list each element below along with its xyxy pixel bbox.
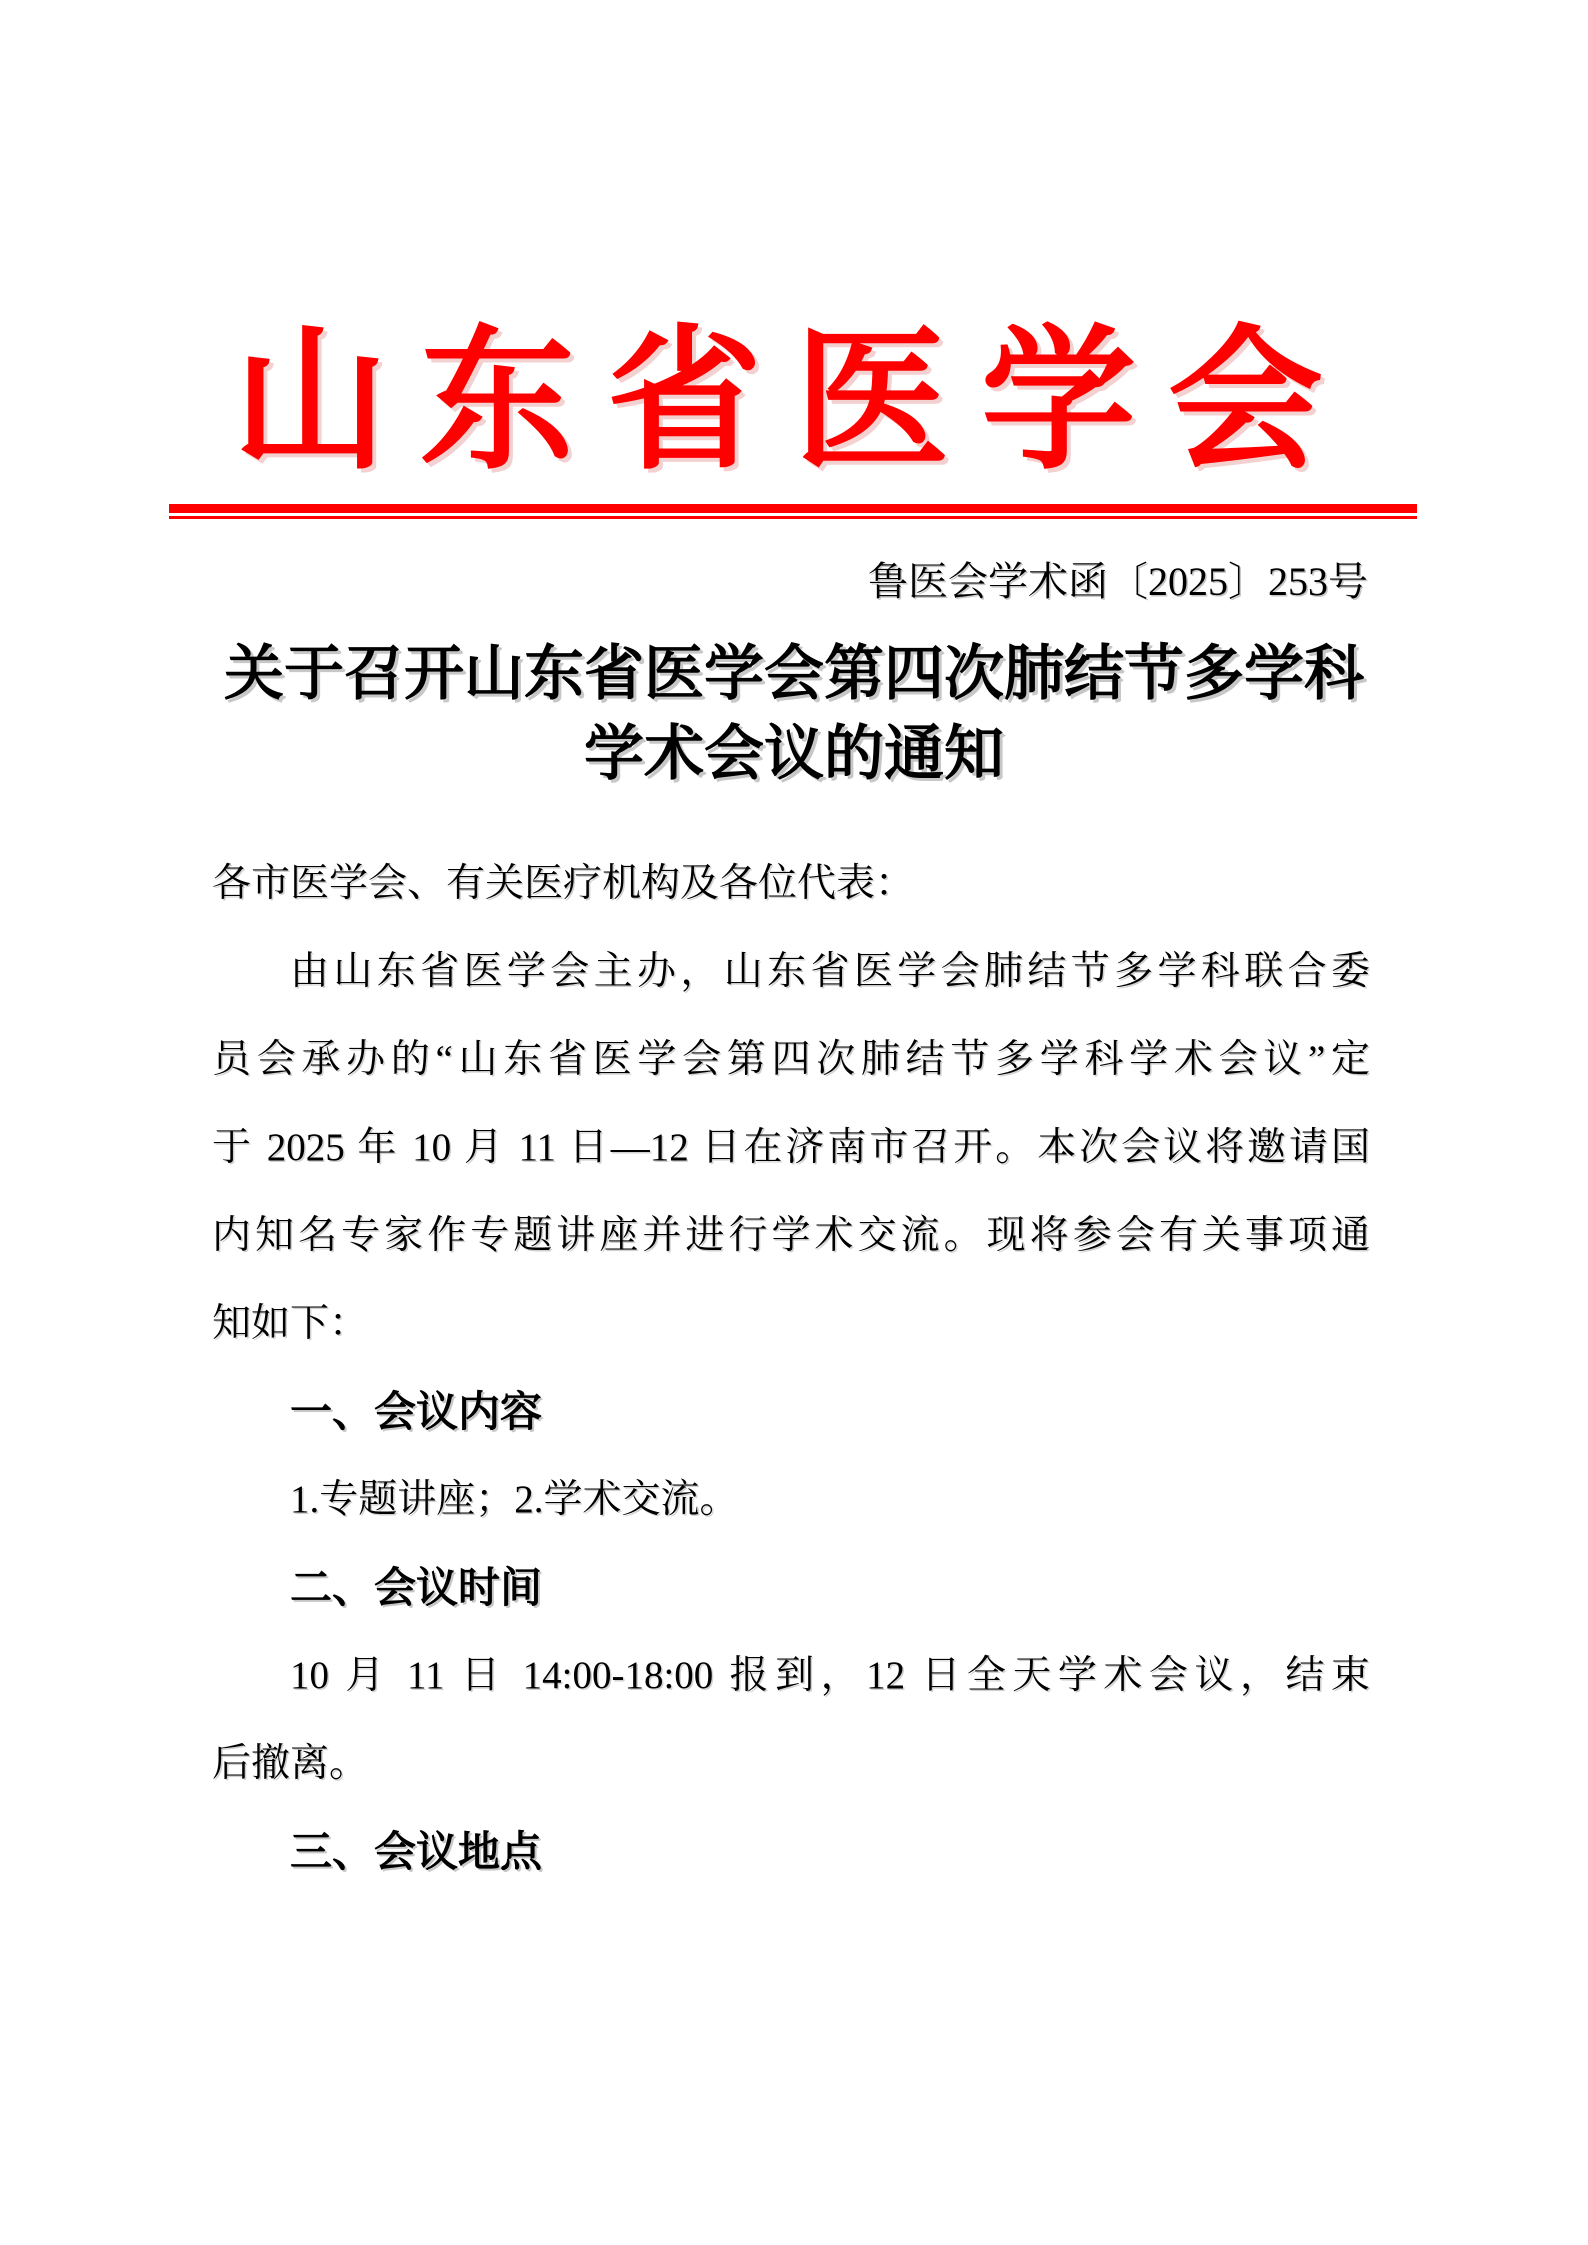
header-divider-thick-line (169, 504, 1417, 513)
notice-title-line1: 关于召开山东省医学会第四次肺结节多学科 (0, 634, 1588, 714)
org-masthead-title: 山东省医学会 (0, 325, 1588, 480)
body-text-line: 各市医学会、有关医疗机构及各位代表： (212, 840, 1370, 928)
body-text-line: 由山东省医学会主办，山东省医学会肺结节多学科联合委 (212, 928, 1370, 1016)
body-text-line: 后撤离。 (212, 1720, 1370, 1808)
body-text-line: 内知名专家作专题讲座并进行学术交流。现将参会有关事项通 (212, 1192, 1370, 1280)
notice-title-line2: 学术会议的通知 (0, 714, 1588, 794)
section-heading: 三、会议地点 (212, 1808, 1370, 1896)
document-page: 山东省医学会 鲁医会学术函〔2025〕253号 关于召开山东省医学会第四次肺结节… (0, 0, 1588, 2245)
body-text-line: 10 月 11 日 14:00-18:00 报到，12 日全天学术会议，结束 (212, 1632, 1370, 1720)
header-divider (169, 504, 1417, 519)
header-divider-thin-line (169, 516, 1417, 519)
doc-reference-number: 鲁医会学术函〔2025〕253号 (868, 558, 1368, 606)
body-text-line: 于 2025 年 10 月 11 日—12 日在济南市召开。本次会议将邀请国 (212, 1104, 1370, 1192)
body-text-line: 知如下： (212, 1280, 1370, 1368)
body-text-line: 员会承办的“山东省医学会第四次肺结节多学科学术会议”定 (212, 1016, 1370, 1104)
section-heading: 二、会议时间 (212, 1544, 1370, 1632)
body-text-line: 1.专题讲座；2.学术交流。 (212, 1456, 1370, 1544)
document-body: 各市医学会、有关医疗机构及各位代表：由山东省医学会主办，山东省医学会肺结节多学科… (212, 840, 1370, 1896)
section-heading: 一、会议内容 (212, 1368, 1370, 1456)
notice-title: 关于召开山东省医学会第四次肺结节多学科 学术会议的通知 (0, 634, 1588, 794)
